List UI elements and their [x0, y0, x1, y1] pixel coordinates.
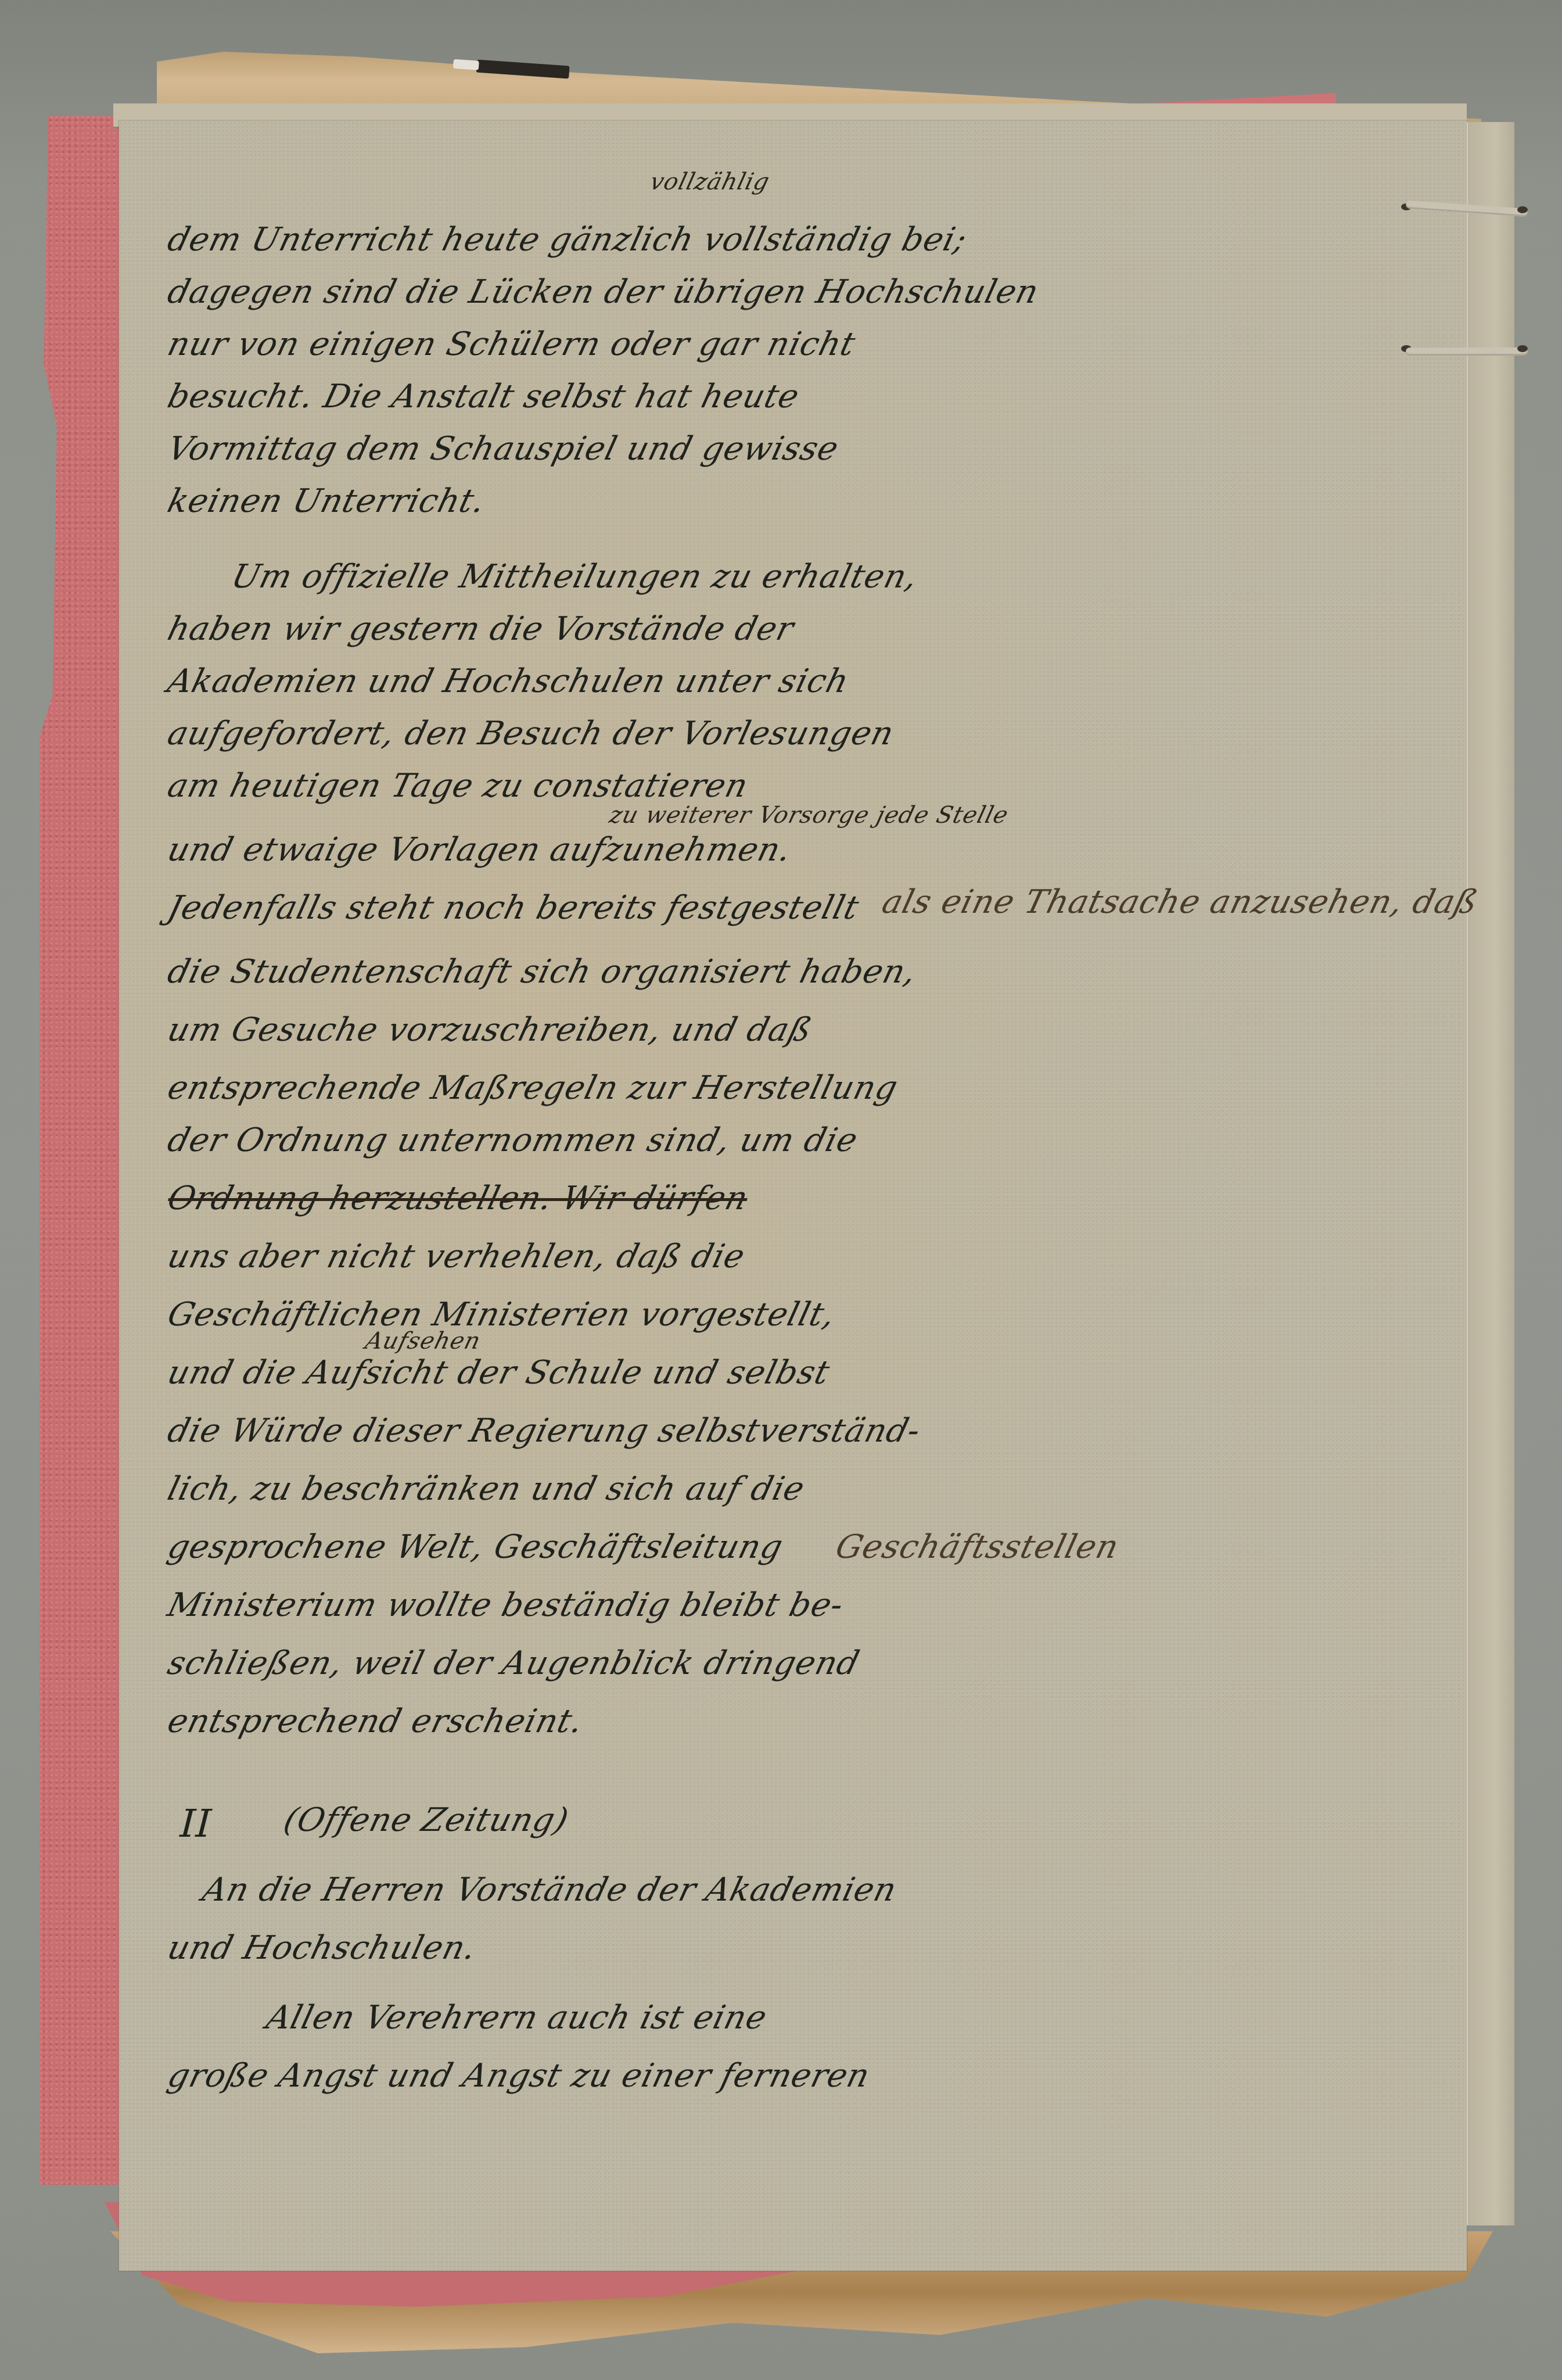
text-line: Ministerium wollte beständig bleibt be- [164, 1586, 848, 1624]
binding-hole-icon [1517, 345, 1528, 352]
text-line: entsprechend erscheint. [164, 1702, 587, 1740]
text-line: die Würde dieser Regierung selbstverstän… [164, 1412, 925, 1450]
text-line: Vormittag dem Schauspiel und gewisse [164, 430, 843, 468]
text-line: haben wir gestern die Vorstände der [164, 610, 798, 648]
interlinear-insertion: vollzählig [647, 169, 773, 195]
address-line: und Hochschulen. [164, 1929, 480, 1967]
text-line: Akademien und Hochschulen unter sich [164, 662, 853, 700]
section-heading: (Offene Zeitung) [280, 1801, 573, 1839]
text-line: keinen Unterricht. [164, 482, 489, 520]
binding-string-lower [1406, 347, 1528, 356]
text-line: Um offizielle Mittheilungen zu erhalten, [228, 558, 922, 596]
text-line: um Gesuche vorzuschreiben, und daß [164, 1011, 816, 1049]
address-line: An die Herren Vorstände der Akademien [199, 1871, 901, 1909]
text-line: dem Unterricht heute gänzlich vollständi… [164, 221, 971, 259]
text-line: der Ordnung unternommen sind, um die [164, 1121, 862, 1159]
text-line: gesprochene Welt, Geschäftsleitung [164, 1528, 787, 1566]
text-line: dagegen sind die Lücken der übrigen Hoch… [164, 273, 1043, 311]
text-line: und die Aufsicht der Schule und selbst [164, 1354, 834, 1392]
text-line: am heutigen Tage zu constatieren [164, 767, 752, 805]
text-line: Allen Verehrern auch ist eine [263, 1999, 771, 2037]
text-line: große Angst und Angst zu einer ferneren [164, 2057, 874, 2095]
binding-hole-icon [1517, 206, 1528, 213]
text-line: uns aber nicht verhehlen, daß die [164, 1238, 749, 1275]
interlinear-insertion: Aufsehen [362, 1328, 483, 1354]
spine-fold [1467, 122, 1514, 2225]
text-line: Geschäftlichen Ministerien vorgestellt, [164, 1296, 839, 1334]
text-line: lich, zu beschränken und sich auf die [164, 1470, 809, 1508]
text-line: schließen, weil der Augenblick dringend [164, 1644, 864, 1682]
text-line: und etwaige Vorlagen aufzunehmen. [164, 831, 796, 869]
interlinear-insertion: zu weiterer Vorsorge jede Stelle [606, 802, 1011, 829]
text-line: die Studentenschaft sich organisiert hab… [164, 953, 921, 991]
text-line: entsprechende Maßregeln zur Herstellung [164, 1069, 902, 1107]
text-line: Jedenfalls steht noch bereits festgestel… [164, 889, 863, 927]
margin-addition: als eine Thatsache anzusehen, daß [878, 883, 1482, 921]
text-line: besucht. Die Anstalt selbst hat heute [164, 378, 803, 415]
text-line: aufgefordert, den Besuch der Vorlesungen [164, 715, 898, 752]
margin-addition: Geschäftsstellen [832, 1528, 1123, 1566]
struck-text-line: Ordnung herzustellen. Wir dürfen [164, 1180, 752, 1217]
text-line: nur von einigen Schülern oder gar nicht [164, 325, 860, 363]
